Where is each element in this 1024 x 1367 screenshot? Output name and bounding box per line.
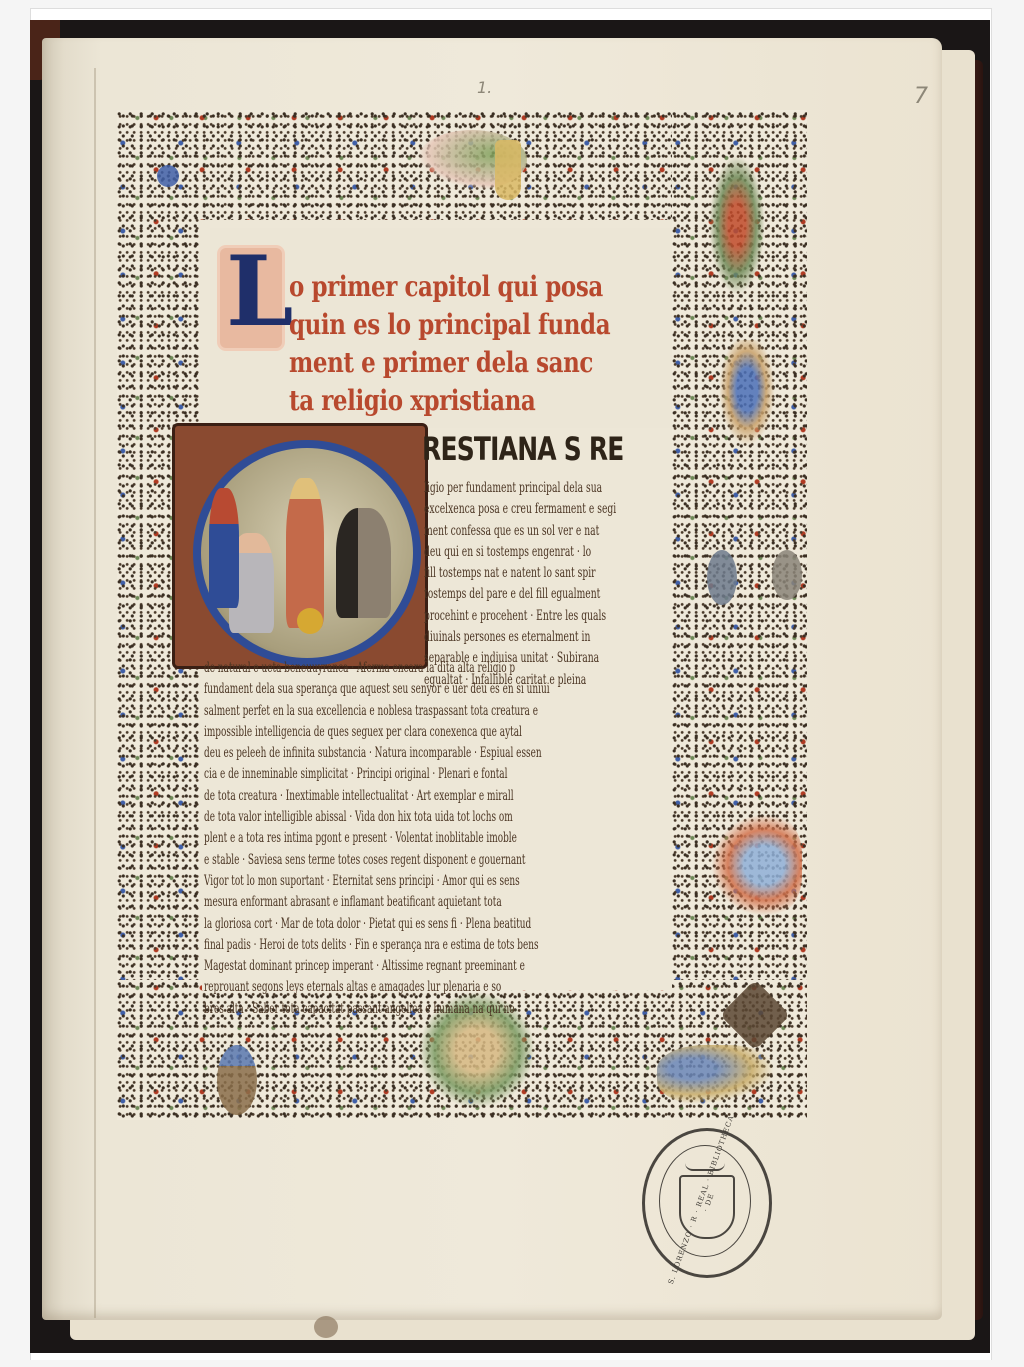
flower-blue-icon (157, 165, 179, 187)
library-stamp: S. LORENZO · R · REAL · BIBLIOTHECA · DE (642, 1128, 772, 1278)
text-line: fundament dela sua sperança que aquest s… (204, 679, 550, 700)
decorated-initial-l: L (220, 248, 282, 348)
heading-line: o primer capitol qui posa (289, 268, 584, 306)
wax-stain (314, 1316, 338, 1338)
monks-group-icon (336, 508, 391, 618)
heading-line: ta religio xpristiana (289, 382, 584, 420)
text-line: Magestat dominant princep imperant · Alt… (204, 956, 550, 977)
text-line: de natural e ueta beneuuyranca · Aferma … (204, 658, 550, 679)
text-line: ment confessa que es un sol ver e nat (424, 521, 616, 542)
onlookers-group-icon (209, 488, 239, 608)
text-line: deu es peleeh de infinita substancia · N… (204, 743, 550, 764)
text-line: fill tostemps nat e natent lo sant spir (424, 563, 616, 584)
text-line: e stable · Saviesa sens terme totes cose… (204, 850, 550, 871)
bird-left-icon (707, 550, 737, 605)
gutter-fold (94, 68, 96, 1318)
text-line: ligio per fundament principal dela sua (424, 478, 616, 499)
bird-bottom-left-icon (217, 1045, 257, 1115)
text-line: tostemps del pare e del fill egualment (424, 584, 616, 605)
acanthus-red-icon (707, 150, 767, 300)
text-line: de tota creatura · Inextimable intellect… (204, 786, 550, 807)
text-line: impossible intelligencia de ques seguex … (204, 722, 550, 743)
heading-line: quin es lo principal funda (289, 306, 584, 344)
peacock-icon (657, 1045, 777, 1105)
orb-icon (297, 608, 323, 634)
text-line: deu qui en si tostemps engenrat · lo (424, 542, 616, 563)
shield-icon (495, 140, 521, 200)
text-line: reprouant segons leys eternals altas e a… (204, 977, 550, 998)
text-line: bres alta · Saber tota capacitat passant… (204, 999, 550, 1020)
text-line: salment perfet en la sua excellencia e n… (204, 701, 550, 722)
dragon-figure-icon (707, 810, 802, 920)
trumpeter-drollery-icon (717, 340, 777, 450)
historiated-initial-c (172, 423, 428, 669)
text-line: excelxenca posa e creu fermament e segi (424, 499, 616, 520)
text-line: mesura enformant abrasant e inflamant be… (204, 892, 550, 913)
text-line: la gloriosa cort · Mar de tota dolor · P… (204, 914, 550, 935)
bird-right-icon (772, 550, 802, 600)
folio-number: 7 (914, 84, 928, 109)
heading-line: ment e primer dela sanc (289, 344, 584, 382)
text-line: cia e de inneminable simplicitat · Princ… (204, 764, 550, 785)
christ-figure-icon (286, 478, 324, 628)
text-line: de tota valor intelligible abissal · Vid… (204, 807, 550, 828)
text-line: procehint e procehent · Entre les quals (424, 606, 616, 627)
manuscript-leaf: 1. 7 L o primer capitol qui (42, 38, 942, 1320)
body-text-column-wide: de natural e ueta beneuuyranca · Aferma … (204, 658, 550, 1020)
manuscript-photo: 1. 7 L o primer capitol qui (30, 20, 990, 1353)
text-line: Vigor tot lo mon suportant · Eternitat s… (204, 871, 550, 892)
incipit-capitals: RESTIANA S RE (422, 430, 624, 468)
baptism-scene (193, 440, 421, 666)
text-line: plent e a tota res intima pgont e presen… (204, 828, 550, 849)
text-line: diuinals persones es eternalment in (424, 627, 616, 648)
folio-mark-center: 1. (477, 78, 492, 97)
rubric-heading: o primer capitol qui posa quin es lo pri… (289, 268, 584, 420)
text-line: final padis · Heroi de tots delits · Fin… (204, 935, 550, 956)
